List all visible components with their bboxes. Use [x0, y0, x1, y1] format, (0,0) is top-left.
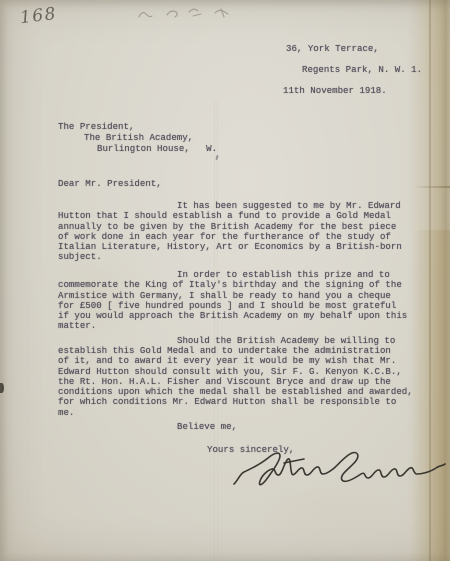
- body-line: matter.: [58, 321, 430, 331]
- address-line: 11th November 1918.: [283, 80, 422, 101]
- scanned-letter-page: 168 36, York Terrace,Regents Park, N. W.…: [0, 0, 450, 561]
- address-line: 36, York Terrace,: [286, 38, 422, 59]
- sender-address-block: 36, York Terrace,Regents Park, N. W. 1.1…: [283, 38, 422, 101]
- body-line: Hutton that I should establish a fund to…: [58, 211, 430, 221]
- recipient-line: The President,: [58, 121, 217, 132]
- salutation: Dear Mr. President,: [58, 179, 162, 189]
- recipient-line: The British Academy,: [84, 132, 217, 143]
- recipient-address-block: The President,The British Academy,Burlin…: [58, 121, 217, 154]
- folio-number: 168: [19, 4, 58, 28]
- recipient-line: Burlington House, W.: [97, 143, 217, 154]
- ink-blot: [0, 383, 4, 393]
- body-line: for which conditions Mr. Edward Hutton s…: [58, 397, 430, 407]
- paragraph-2: In order to establish this prize and toc…: [58, 270, 430, 332]
- body-line: if you would approach the British Academ…: [58, 311, 430, 321]
- valediction-believe-me: Believe me,: [177, 422, 237, 432]
- paragraph-3: Should the British Academy be willing to…: [58, 336, 430, 418]
- paragraph-1: It has been suggested to me by Mr. Edwar…: [58, 201, 430, 263]
- crease-notch: [412, 186, 450, 188]
- address-line: Regents Park, N. W. 1.: [302, 59, 422, 80]
- body-line: me.: [58, 408, 430, 418]
- body-line: subject.: [58, 252, 430, 262]
- letter-body: It has been suggested to me by Mr. Edwar…: [58, 201, 430, 418]
- stray-ink-mark: [215, 155, 218, 160]
- pencil-scribble-marks: [133, 2, 241, 24]
- body-line: Italian Literature, History, Art or Econ…: [58, 242, 430, 252]
- body-line: commemorate the King of Italy's birthday…: [58, 280, 430, 290]
- handwritten-signature-arthur-serena: [224, 446, 450, 500]
